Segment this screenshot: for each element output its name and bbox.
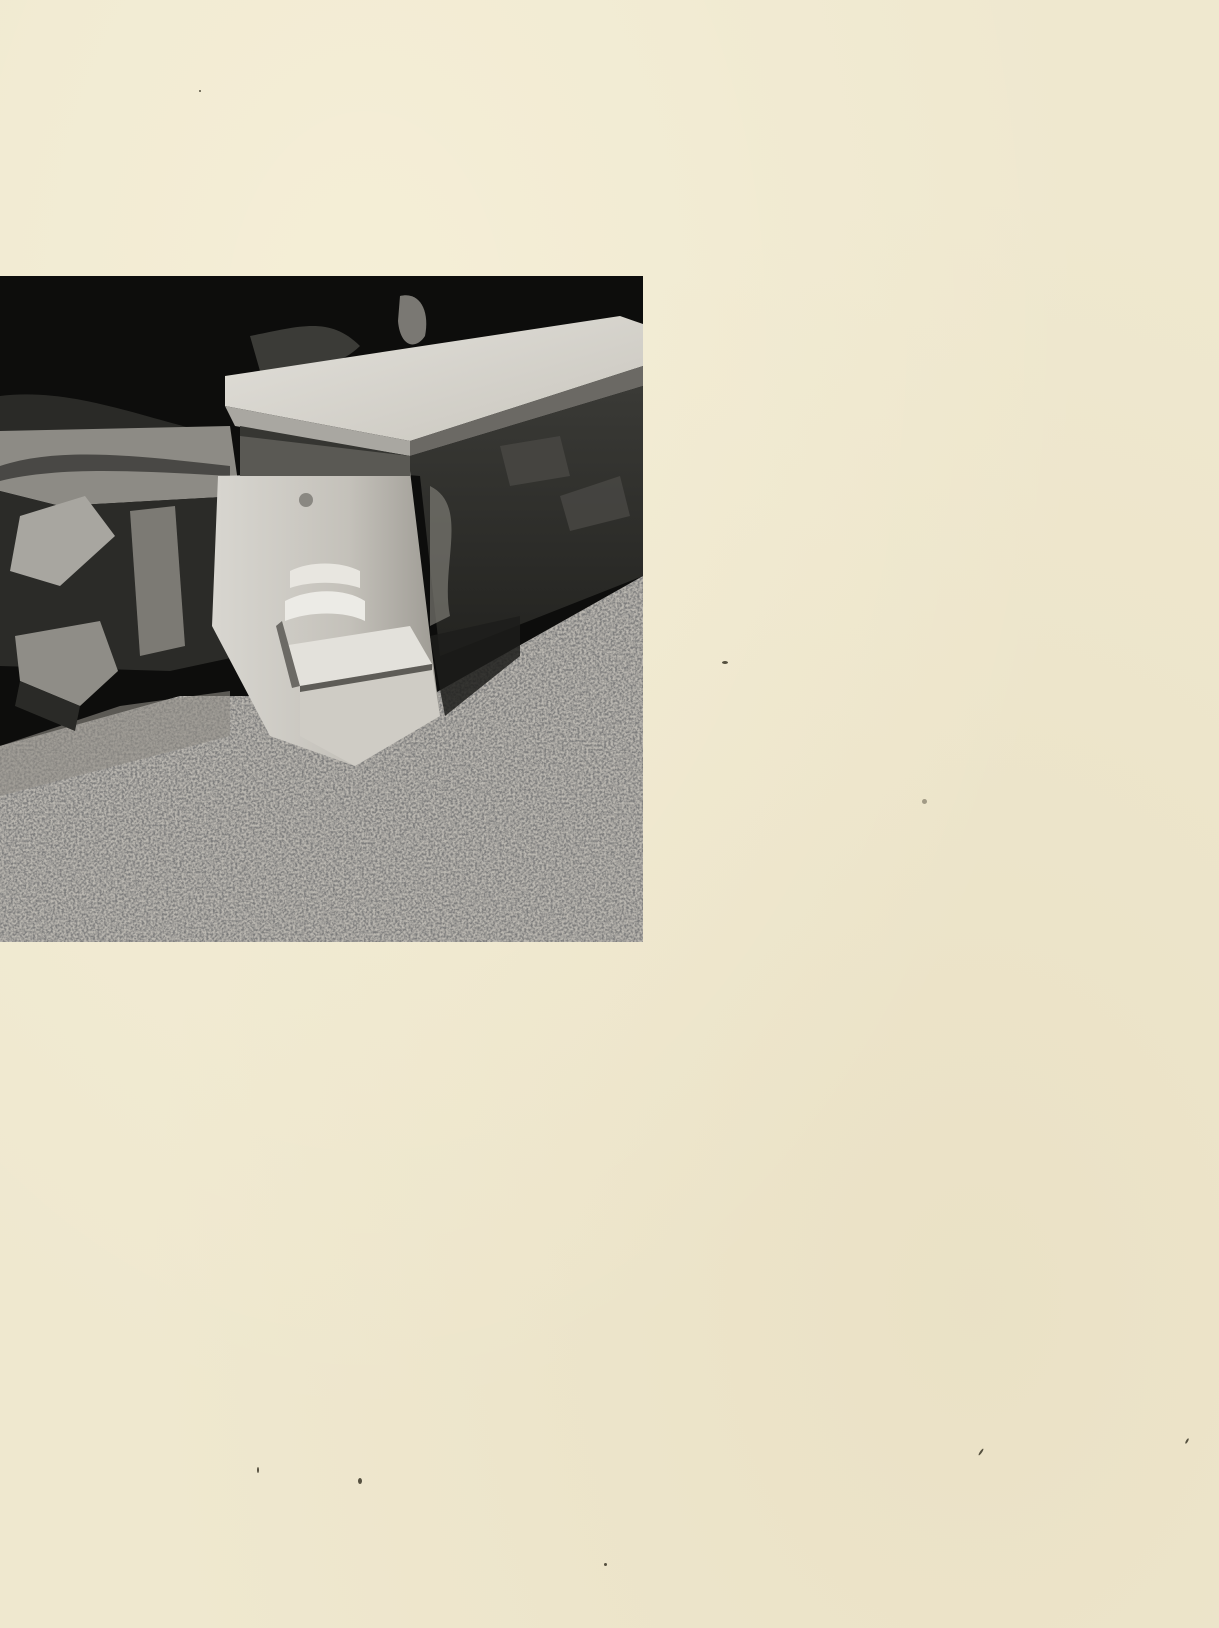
paper-speck — [1185, 1438, 1190, 1444]
paper-speck — [257, 1467, 259, 1473]
paper-speck — [922, 799, 927, 804]
photo-image — [0, 276, 643, 942]
photograph — [0, 276, 643, 942]
mount-card — [0, 0, 1219, 1628]
paper-speck — [722, 661, 728, 664]
paper-speck — [978, 1448, 984, 1456]
paper-speck — [604, 1563, 607, 1566]
paper-speck — [358, 1478, 362, 1484]
paper-speck — [199, 90, 201, 92]
